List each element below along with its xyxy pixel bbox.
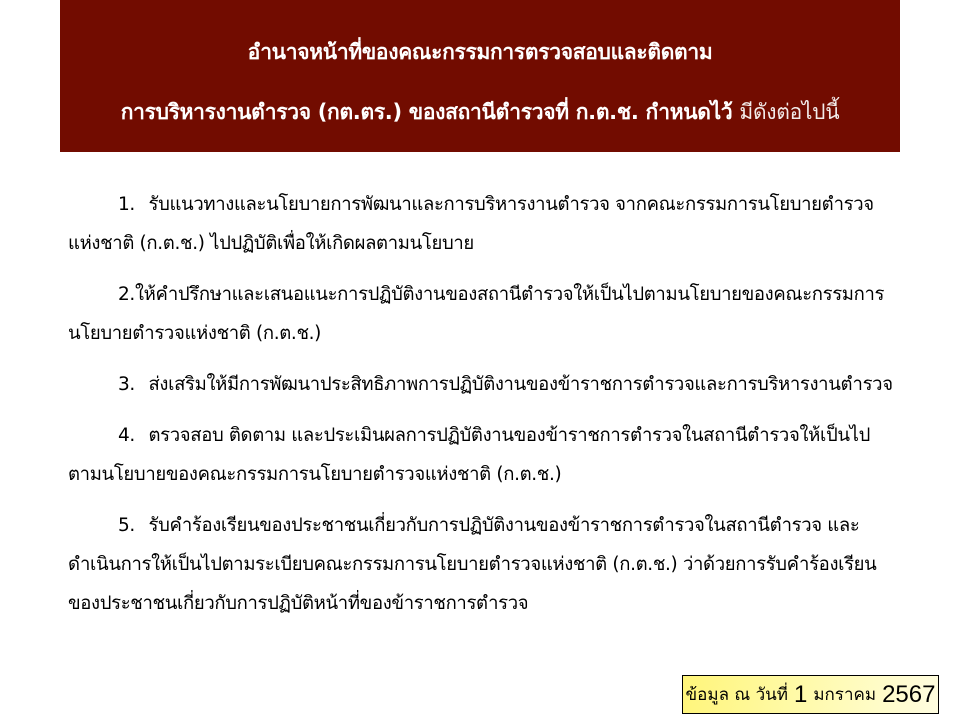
duty-number: 4. (118, 425, 135, 446)
title-line-2-suffix: มีดังต่อไปนี้ (739, 100, 839, 124)
title-line-1: อำนาจหน้าที่ของคณะกรรมการตรวจสอบและติดตา… (60, 36, 900, 69)
duty-number: 1. (118, 194, 135, 215)
duty-number: 2. (118, 284, 135, 305)
date-year: 2567 (882, 681, 935, 709)
duty-number: 5. (118, 515, 135, 536)
date-day: 1 (794, 681, 807, 709)
duty-item-3: 3. ส่งเสริมให้มีการพัฒนาประสิทธิภาพการปฏ… (68, 365, 898, 404)
duty-text: ส่งเสริมให้มีการพัฒนาประสิทธิภาพการปฏิบั… (148, 374, 892, 395)
duty-item-1: 1. รับแนวทางและนโยบายการพัฒนาและการบริหา… (68, 185, 898, 263)
title-line-2: การบริหารงานตำรวจ (กต.ตร.) ของสถานีตำรวจ… (60, 96, 900, 129)
duty-item-5: 5. รับคำร้องเรียนของประชาชนเกี่ยวกับการป… (68, 506, 898, 623)
duty-text: รับแนวทางและนโยบายการพัฒนาและการบริหารงา… (68, 194, 874, 254)
title-line-2-main: การบริหารงานตำรวจ (กต.ตร.) ของสถานีตำรวจ… (121, 100, 733, 124)
duty-text: รับคำร้องเรียนของประชาชนเกี่ยวกับการปฏิบ… (68, 515, 876, 614)
duty-text: ตรวจสอบ ติดตาม และประเมินผลการปฏิบัติงาน… (68, 425, 870, 485)
duty-item-2: 2.ให้คำปรึกษาและเสนอแนะการปฏิบัติงานของส… (68, 275, 898, 353)
date-prefix: ข้อมูล ณ วันที่ (686, 681, 788, 708)
title-banner: อำนาจหน้าที่ของคณะกรรมการตรวจสอบและติดตา… (60, 0, 900, 152)
date-month: มกราคม (813, 681, 876, 708)
data-as-of-badge: ข้อมูล ณ วันที่ 1 มกราคม 2567 (682, 675, 939, 714)
duties-list: 1. รับแนวทางและนโยบายการพัฒนาและการบริหา… (68, 185, 898, 635)
duty-number: 3. (118, 374, 135, 395)
duty-item-4: 4. ตรวจสอบ ติดตาม และประเมินผลการปฏิบัติ… (68, 416, 898, 494)
duty-text: ให้คำปรึกษาและเสนอแนะการปฏิบัติงานของสถา… (68, 284, 884, 344)
